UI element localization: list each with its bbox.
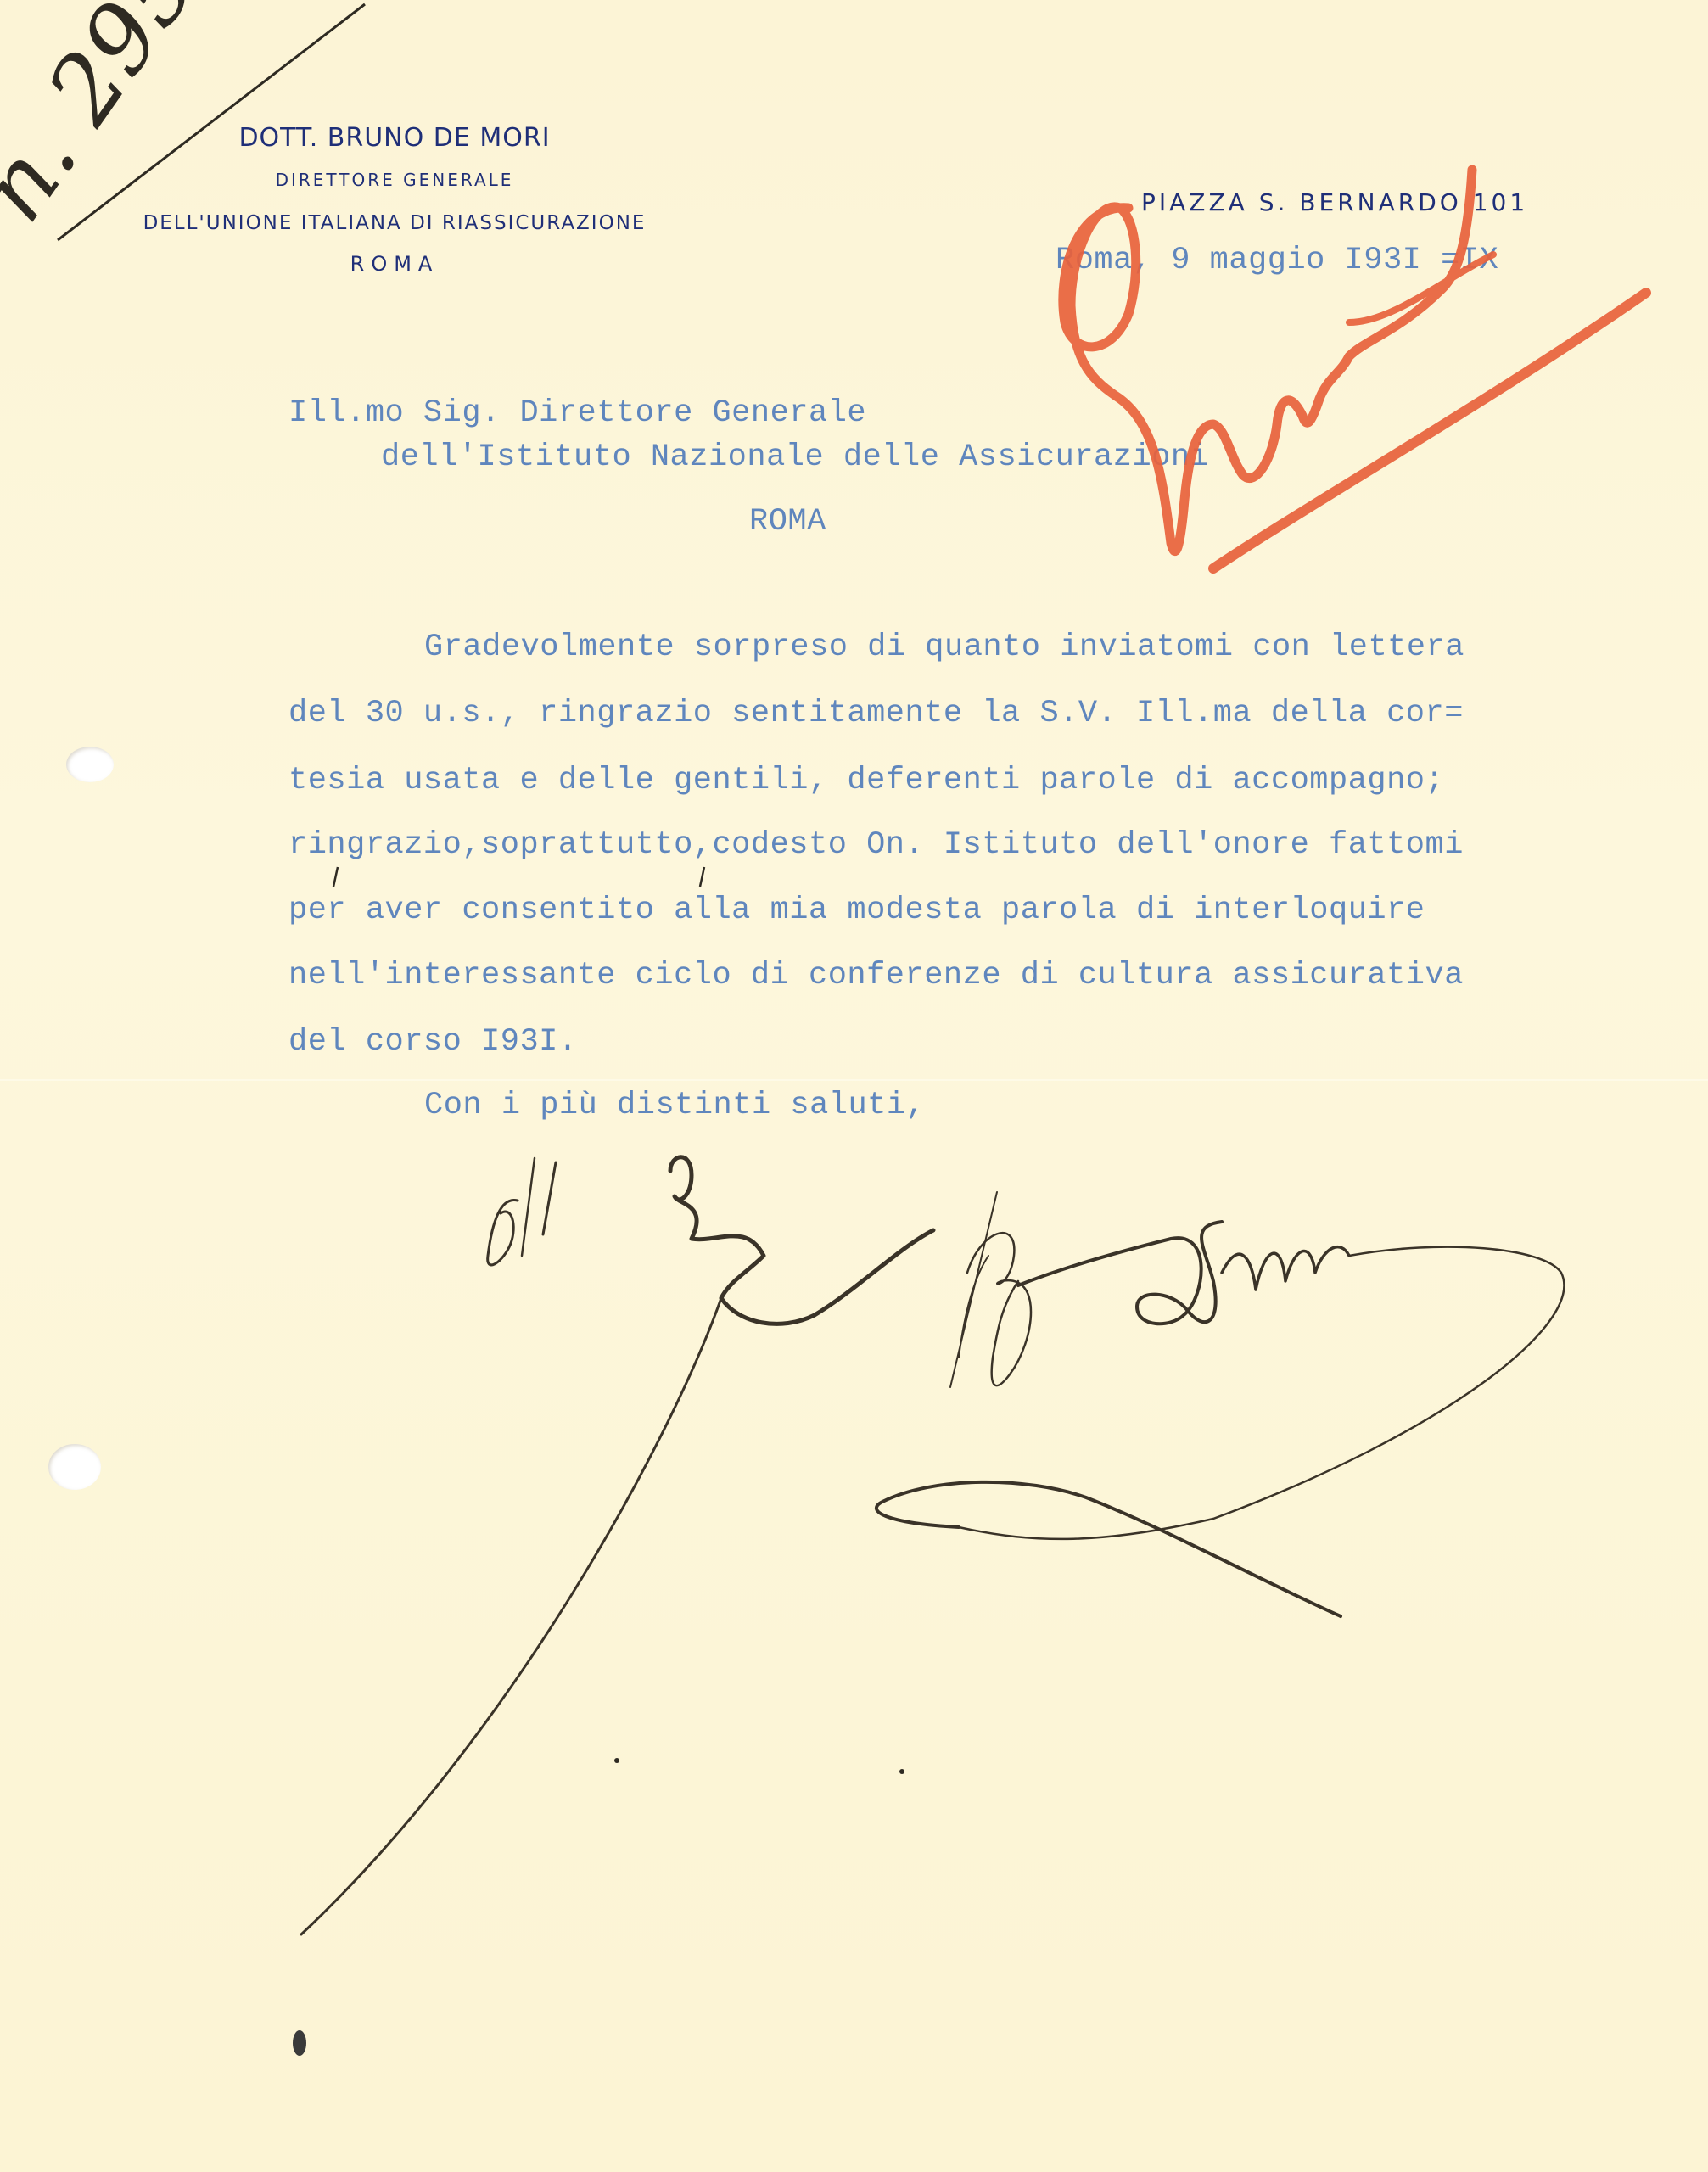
body-line: nell'interessante ciclo di conferenze di… xyxy=(288,958,1464,994)
handwritten-comma-icon xyxy=(700,867,704,887)
letterhead-city: ROMA xyxy=(182,252,607,276)
protocol-number: n. 295 xyxy=(0,0,217,240)
signature-icon xyxy=(301,1157,1564,1934)
punch-hole-upper xyxy=(66,747,114,782)
letterhead-company: DELL'UNIONE ITALIANA DI RIASSICURAZIONE xyxy=(102,212,687,234)
letterhead-title: DIRETTORE GENERALE xyxy=(182,170,607,190)
body-line: Gradevolmente sorpreso di quanto inviato… xyxy=(424,630,1464,665)
recipient-line-1: Ill.mo Sig. Direttore Generale xyxy=(288,395,866,431)
letter-page: DOTT. BRUNO DE MORI DIRETTORE GENERALE D… xyxy=(0,0,1708,2172)
body-line: del 30 u.s., ringrazio sentitamente la S… xyxy=(288,696,1464,731)
body-line: tesia usata e delle gentili, deferenti p… xyxy=(288,763,1444,798)
ink-blot xyxy=(293,2030,306,2056)
letterhead-address: PIAZZA S. BERNARDO 101 xyxy=(1141,188,1557,216)
red-pencil-initials-icon xyxy=(1063,170,1646,568)
closing-line: Con i più distinti saluti, xyxy=(424,1088,925,1123)
recipient-city: ROMA xyxy=(749,504,826,540)
handwritten-comma-icon xyxy=(333,867,338,887)
handwriting-layer xyxy=(0,0,1708,2172)
body-line: del corso I93I. xyxy=(288,1024,578,1060)
ink-speck xyxy=(899,1769,904,1774)
body-line: ringrazio,soprattutto,codesto On. Istitu… xyxy=(288,827,1464,863)
letterhead-name: DOTT. BRUNO DE MORI xyxy=(182,123,607,153)
ink-speck xyxy=(614,1758,619,1763)
date-line: Roma, 9 maggio I93I =IX xyxy=(1056,243,1498,278)
punch-hole-lower xyxy=(48,1444,101,1490)
paper-fold-line xyxy=(0,1079,1708,1081)
recipient-line-2: dell'Istituto Nazionale delle Assicurazi… xyxy=(381,439,1209,475)
body-line: per aver consentito alla mia modesta par… xyxy=(288,893,1425,928)
